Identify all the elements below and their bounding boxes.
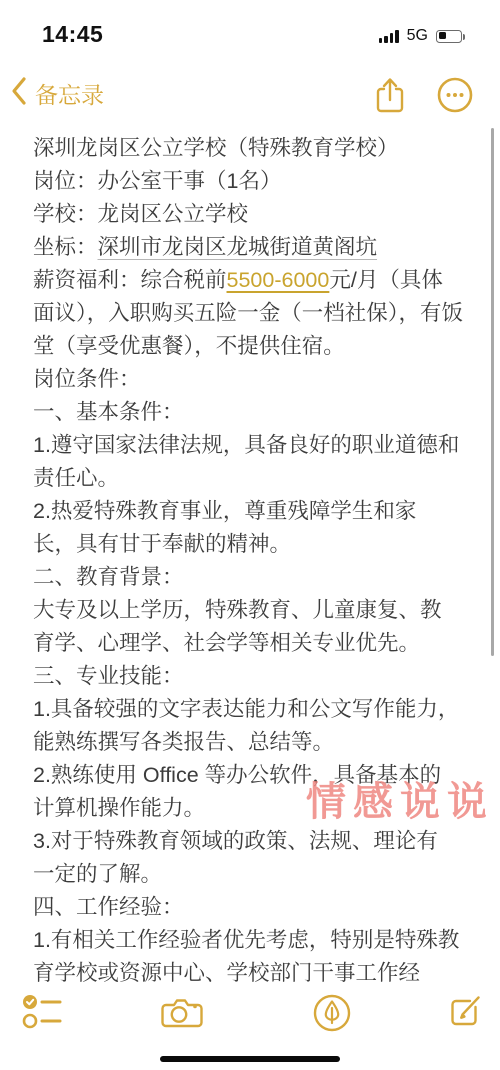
text-segment: 能熟练撰写各类报告、总结等。 — [33, 730, 334, 754]
back-button-label: 备忘录 — [35, 77, 104, 110]
note-line: 岗位：办公室干事（1名） — [33, 165, 500, 198]
notes-app-screen: 14:45 5G 备忘录 — [0, 0, 500, 1070]
text-segment: 一定的了解。 — [33, 862, 162, 886]
note-line: 四、工作经验： — [33, 891, 500, 924]
text-segment: 面议），入职购买五险一金（一档社保），有饭 — [33, 301, 463, 325]
text-segment: 坐标： — [33, 235, 98, 259]
text-segment: 大专及以上学历，特殊教育、儿童康复、教 — [33, 598, 442, 622]
note-line: 一、基本条件： — [33, 396, 500, 429]
text-segment: 学校：龙岗区公立学校 — [33, 202, 248, 226]
note-line: 堂（享受优惠餐），不提供住宿。 — [33, 330, 500, 363]
camera-button[interactable] — [160, 993, 204, 1034]
bottom-toolbar — [0, 985, 500, 1070]
note-line: 学校：龙岗区公立学校 — [33, 198, 500, 231]
note-line: 面议），入职购买五险一金（一档社保），有饭 — [33, 297, 500, 330]
note-line: 长，具有甘于奉献的精神。 — [33, 528, 500, 561]
text-segment: 1.具备较强的文字表达能力和公文写作能力， — [33, 697, 459, 721]
text-segment: 责任心。 — [33, 466, 119, 490]
more-options-button[interactable] — [436, 76, 474, 119]
text-segment: 计算机操作能力。 — [33, 796, 205, 820]
scrollbar-thumb[interactable] — [491, 128, 494, 656]
status-right-cluster: 5G — [379, 27, 462, 45]
note-line: 三、专业技能： — [33, 660, 500, 693]
text-segment: 1.遵守国家法律法规，具备良好的职业道德和 — [33, 433, 459, 457]
note-line: 一定的了解。 — [33, 858, 500, 891]
text-segment: 薪资福利：综合税前 — [33, 268, 227, 292]
cellular-signal-icon — [379, 30, 399, 43]
text-segment: 一、基本条件： — [33, 400, 184, 424]
text-segment: 三、专业技能： — [33, 664, 184, 688]
note-line: 育学、心理学、社会学等相关专业优先。 — [33, 627, 500, 660]
text-segment: 堂（享受优惠餐），不提供住宿。 — [33, 334, 345, 358]
share-button[interactable] — [374, 76, 406, 121]
note-line: 3.对于特殊教育领域的政策、法规、理论有 — [33, 825, 500, 858]
note-body[interactable]: 深圳龙岗区公立学校（特殊教育学校）岗位：办公室干事（1名）学校：龙岗区公立学校坐… — [33, 132, 500, 990]
home-indicator[interactable] — [160, 1056, 340, 1062]
note-line: 岗位条件： — [33, 363, 500, 396]
note-line: 坐标：深圳市龙岗区龙城街道黄阁坑 — [33, 231, 500, 264]
note-line: 薪资福利：综合税前5500-6000元/月（具体 — [33, 264, 500, 297]
text-segment: 二、教育背景： — [33, 565, 184, 589]
text-segment: 岗位条件： — [33, 367, 141, 391]
checklist-button[interactable] — [22, 993, 64, 1036]
nav-bar: 备忘录 — [0, 70, 500, 125]
note-line: 大专及以上学历，特殊教育、儿童康复、教 — [33, 594, 500, 627]
note-line: 1.有相关工作经验者优先考虑，特别是特殊教 — [33, 924, 500, 957]
note-line: 责任心。 — [33, 462, 500, 495]
note-line: 能熟练撰写各类报告、总结等。 — [33, 726, 500, 759]
text-segment: 育学校或资源中心、学校部门干事工作经 — [33, 961, 420, 985]
text-segment: 元/月（具体 — [329, 268, 442, 292]
address-link[interactable]: 深圳市龙岗区龙城街道黄阁坑 — [98, 235, 378, 259]
text-segment: 2.热爱特殊教育事业，尊重残障学生和家 — [33, 499, 416, 523]
note-line: 1.遵守国家法律法规，具备良好的职业道德和 — [33, 429, 500, 462]
salary-link[interactable]: 5500-6000 — [227, 268, 330, 292]
text-segment: 深圳龙岗区公立学校（特殊教育学校） — [33, 136, 399, 160]
text-segment: 3.对于特殊教育领域的政策、法规、理论有 — [33, 829, 438, 853]
note-line: 二、教育背景： — [33, 561, 500, 594]
markup-pen-button[interactable] — [312, 993, 352, 1038]
chevron-left-icon — [10, 76, 27, 111]
text-segment: 长，具有甘于奉献的精神。 — [33, 532, 291, 556]
note-line: 1.具备较强的文字表达能力和公文写作能力， — [33, 693, 500, 726]
back-button[interactable]: 备忘录 — [10, 76, 104, 111]
text-segment: 岗位：办公室干事（1名） — [33, 169, 281, 193]
text-segment: 育学、心理学、社会学等相关专业优先。 — [33, 631, 420, 655]
compose-button[interactable] — [448, 993, 484, 1034]
text-segment: 1.有相关工作经验者优先考虑，特别是特殊教 — [33, 928, 459, 952]
network-type-label: 5G — [407, 27, 428, 45]
watermark-text: 情感说说 — [306, 770, 494, 827]
status-bar: 14:45 5G — [0, 0, 500, 60]
text-segment: 四、工作经验： — [33, 895, 184, 919]
note-line: 2.热爱特殊教育事业，尊重残障学生和家 — [33, 495, 500, 528]
battery-icon — [436, 30, 462, 43]
note-line: 深圳龙岗区公立学校（特殊教育学校） — [33, 132, 500, 165]
status-time: 14:45 — [42, 21, 103, 48]
